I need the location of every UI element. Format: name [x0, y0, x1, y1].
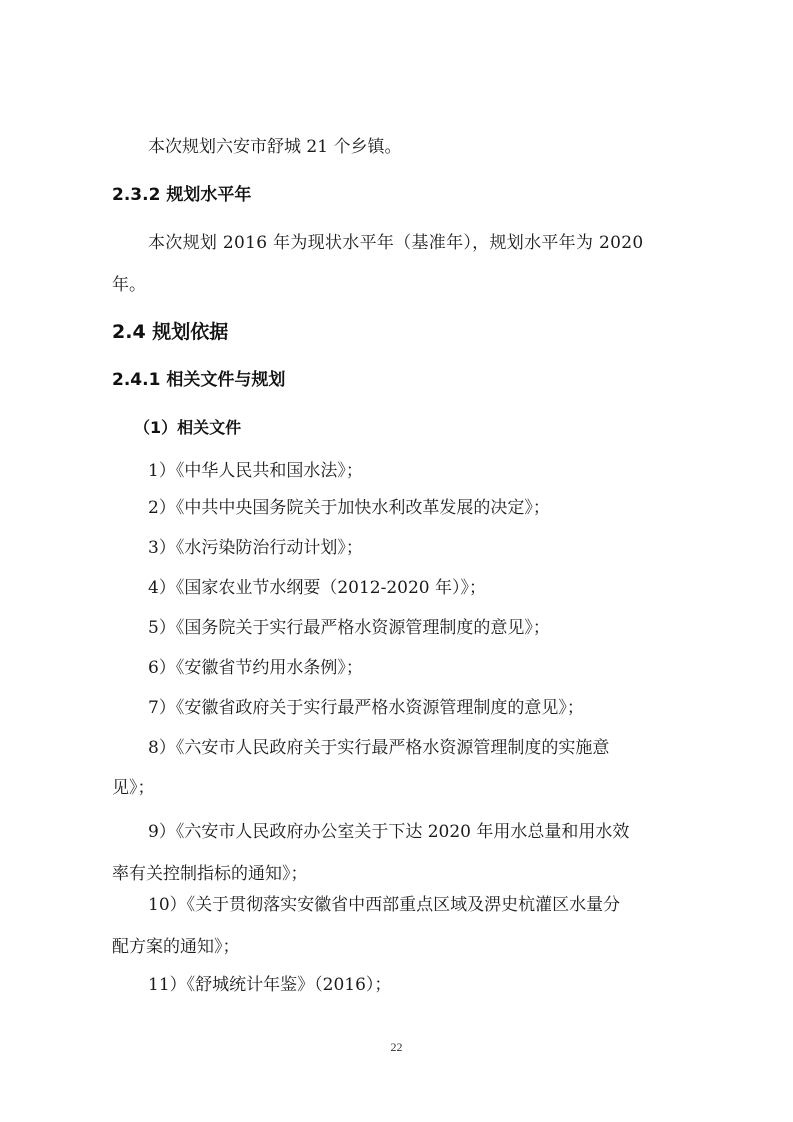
list-item: 7）《安徽省政府关于实行最严格水资源管理制度的意见》； — [148, 698, 584, 718]
list-item: 2）《中共中央国务院关于加快水利改革发展的决定》； — [148, 498, 550, 518]
list-item-continuation: 率有关控制指标的通知》； — [112, 864, 308, 884]
list-item: 9）《六安市人民政府办公室关于下达 2020 年用水总量和用水效 — [148, 822, 629, 842]
list-item: 8）《六安市人民政府关于实行最严格水资源管理制度的实施意 — [148, 738, 609, 758]
heading-2-4-1: 2.4.1 相关文件与规划 — [112, 370, 285, 390]
list-item: 6）《安徽省节约用水条例》； — [148, 658, 363, 678]
list-item-continuation: 见》； — [112, 778, 155, 798]
list-item: 1）《中华人民共和国水法》； — [148, 461, 363, 481]
page-number: 22 — [0, 1040, 793, 1055]
list-item: 10）《关于贯彻落实安徽省中西部重点区域及淠史杭灌区水量分 — [148, 895, 620, 915]
heading-2-3-2: 2.3.2 规划水平年 — [112, 185, 251, 205]
paragraph-planning-year-line2: 年。 — [112, 275, 146, 295]
paragraph-planning-year-line1: 本次规划 2016 年为现状水平年（基准年），规划水平年为 2020 — [148, 233, 643, 253]
paragraph-scope: 本次规划六安市舒城 21 个乡镇。 — [148, 137, 401, 157]
list-item: 4）《国家农业节水纲要（2012-2020 年）》； — [148, 578, 486, 598]
list-item-continuation: 配方案的通知》； — [112, 937, 240, 957]
heading-2-4: 2.4 规划依据 — [112, 322, 228, 342]
list-item: 3）《水污染防治行动计划》； — [148, 538, 363, 558]
list-item: 11）《舒城统计年鉴》（2016）； — [148, 975, 391, 995]
list-item: 5）《国务院关于实行最严格水资源管理制度的意见》； — [148, 618, 550, 638]
heading-related-documents: （1）相关文件 — [134, 418, 241, 438]
